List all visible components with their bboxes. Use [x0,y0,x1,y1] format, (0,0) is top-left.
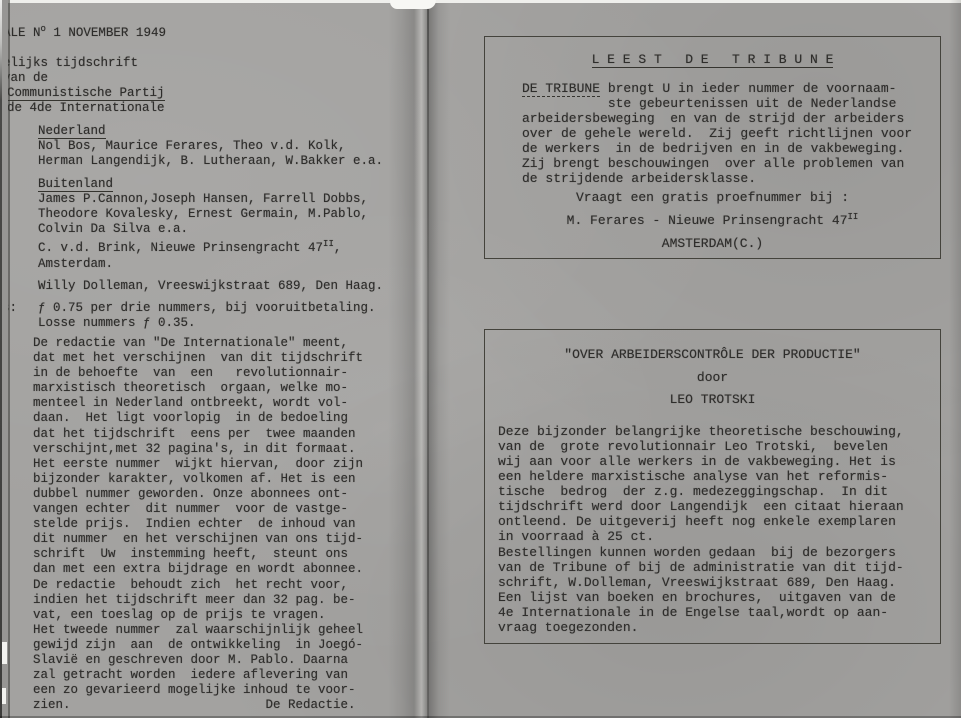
magazine-subtitle: elijks tijdschrift van de [3,56,138,86]
tribune-contact-sup: II [848,212,859,222]
tribune-offer: Vraagt een gratis proefnummer bij : [485,190,940,205]
tribune-lead-name: DE TRIBUNE [522,81,600,97]
party-name-text: Communistische Partij [7,86,165,101]
tribune-city: AMSTERDAM(C.) [485,236,940,251]
tribune-contact: M. Ferares - Nieuwe Prinsengracht 47II [485,213,940,228]
tribune-title: L E E S T D E T R I B U N E [485,52,940,67]
tribune-lead-rest: brengt U in ieder nummer de voornaam- [600,81,896,96]
party-name: Communistische Partij [7,86,165,101]
tribune-box: L E E S T D E T R I B U N E DE TRIBUNE b… [484,36,941,259]
issue-line: ALE No 1 NOVEMBER 1949 [3,26,166,41]
dolleman-address: Willy Dolleman, Vreeswijkstraat 689, Den… [38,279,383,294]
scan-edge-left-tear-mark [2,642,7,664]
fold-crease-line [427,0,429,718]
scan-edge-right-shadow [949,0,961,718]
magazine-scan: ALE No 1 NOVEMBER 1949 elijks tijdschrif… [0,0,961,718]
internationale-line: de 4de Internationale [7,101,165,116]
trotski-title: "OVER ARBEIDERSCONTRÔLE DER PRODUCTIE" [485,347,940,362]
brink-address: C. v.d. Brink, Nieuwe Prinsengracht 47II… [38,241,341,256]
scan-edge-top [0,0,961,3]
subscription-terms: ƒ 0.75 per drie nummers, bij vooruitbeta… [38,301,376,331]
brink-address-city: Amsterdam. [38,257,113,272]
trotski-author: LEO TROTSKI [485,392,940,407]
scan-edge-left-line [8,0,10,718]
brink-address-text: C. v.d. Brink, Nieuwe Prinsengracht 47 [38,241,323,255]
nederland-heading: Nederland [38,124,106,139]
brink-address-sup: II [323,239,334,249]
issue-line-rest: 1 NOVEMBER 1949 [46,26,166,40]
scan-edge-left-tear-mark-small [2,688,6,704]
tribune-lead: DE TRIBUNE brengt U in ieder nummer de v… [522,81,896,96]
nederland-heading-text: Nederland [38,124,106,139]
tribune-contact-text: M. Ferares - Nieuwe Prinsengracht 47 [567,213,848,228]
buitenland-heading-text: Buitenland [38,177,113,192]
buitenland-heading: Buitenland [38,177,113,192]
brink-address-post: , [334,241,342,255]
trotski-box: "OVER ARBEIDERSCONTRÔLE DER PRODUCTIE" d… [484,329,941,644]
trotski-byline-door: door [485,370,940,385]
tribune-title-text: L E E S T D E T R I B U N E [592,52,834,68]
buitenland-editors: James P.Cannon,Joseph Hansen, Farrell Do… [38,192,368,237]
tribune-body: ste gebeurtenissen uit de Nederlandse ar… [522,96,912,186]
editorial-note: De redactie van "De Internationale" meen… [33,336,363,713]
page-fold-shading [388,0,450,718]
nederland-editors: Nol Bos, Maurice Ferares, Theo v.d. Kolk… [38,139,383,169]
trotski-body: Deze bijzonder belangrijke theoretische … [498,424,904,635]
scan-edge-top-notch [390,0,436,9]
